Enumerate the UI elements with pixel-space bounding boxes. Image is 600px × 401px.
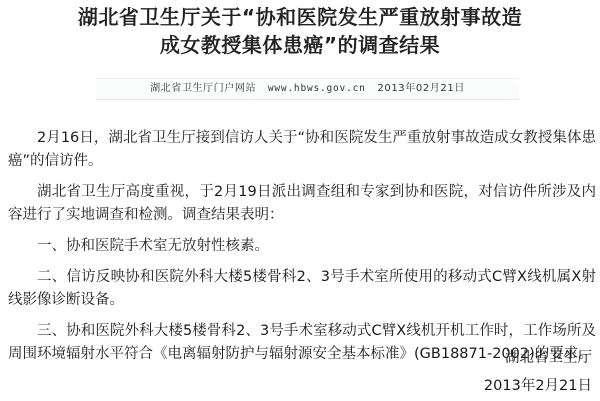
signature-block: 湖北省卫生厅 2013年2月21日 (484, 344, 592, 400)
article-meta-bar: 湖北省卫生厅门户网站 www.hbws.gov.cn 2013年02月21日 (96, 78, 519, 100)
signature-date: 2013年2月21日 (484, 372, 592, 400)
meta-source: 湖北省卫生厅门户网站 (150, 83, 256, 94)
title-line-1: 湖北省卫生厅关于“协和医院发生严重放射事故造 (0, 3, 600, 31)
paragraph-intro: 2月16日，湖北省卫生厅接到信访人关于“协和医院发生严重放射事故造成女教授集体患… (8, 127, 596, 173)
meta-date: 2013年02月21日 (377, 83, 465, 94)
article-title: 湖北省卫生厅关于“协和医院发生严重放射事故造 成女教授集体患癌”的调查结果 (0, 3, 600, 59)
article-body: 2月16日，湖北省卫生厅接到信访人关于“协和医院发生严重放射事故造成女教授集体患… (8, 127, 596, 374)
title-line-2: 成女教授集体患癌”的调查结果 (0, 31, 600, 59)
paragraph-investigation: 湖北省卫生厅高度重视，于2月19日派出调查组和专家到协和医院，对信访件所涉及内容… (8, 181, 596, 227)
paragraph-finding-1: 一、协和医院手术室无放射性核素。 (8, 235, 596, 258)
paragraph-finding-2: 二、信访反映协和医院外科大楼5楼骨科2、3号手术室所使用的移动式C臂X线机属X射… (8, 266, 596, 312)
meta-url: www.hbws.gov.cn (268, 83, 366, 94)
signature-organization: 湖北省卫生厅 (484, 344, 592, 372)
